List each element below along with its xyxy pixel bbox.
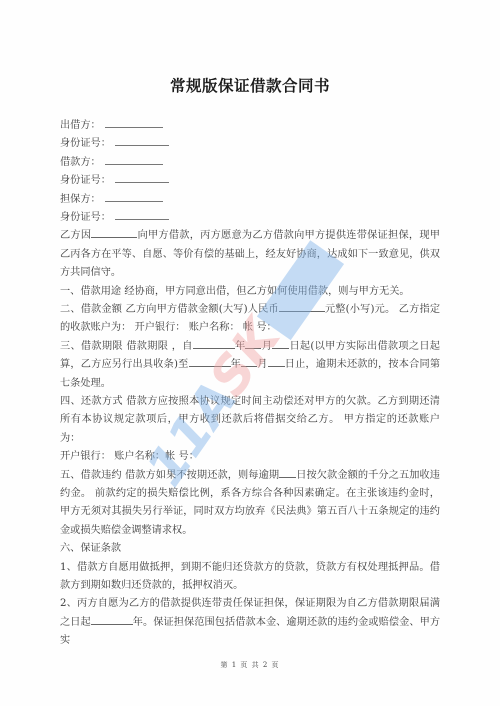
lender-id-blank[interactable] [115, 135, 169, 146]
clause-6-1: 1、借款方自愿用做抵押，到期不能归还贷款方的贷款，贷款方有权处理抵押品。借款方到… [60, 559, 440, 596]
clause-6-title: 六、保证条款 [60, 540, 440, 558]
document-title: 常规版保证借款合同书 [0, 74, 500, 96]
guarantee-years-blank[interactable] [91, 614, 133, 625]
field-label: 出借方： [60, 120, 101, 131]
field-lender-id: 身份证号： [60, 135, 440, 153]
field-lender: 出借方： [60, 117, 440, 135]
borrower-blank[interactable] [105, 154, 163, 165]
field-label: 身份证号： [60, 212, 111, 223]
start-day-blank[interactable] [272, 338, 289, 349]
clause-4-account: 开户银行： 账户名称：帐 号： [60, 448, 440, 466]
end-month-blank[interactable] [241, 356, 257, 367]
field-label: 担保方： [60, 194, 101, 205]
clause-5: 五、借款违约 借款方如果不按期还款，则每逾期日按欠款金额的千分之五加收违约金。 … [60, 467, 440, 541]
amount-blank[interactable] [279, 301, 325, 312]
lender-blank[interactable] [105, 117, 163, 128]
clause-3: 三、借款期限 借款期限 ，自年月日起(以甲方实际出借款项之日起算，乙方应另行出具… [60, 338, 440, 393]
page-number: 第 1 页 共 2 页 [0, 660, 500, 670]
field-label: 借款方： [60, 157, 101, 168]
guarantor-id-blank[interactable] [115, 209, 169, 220]
field-label: 身份证号： [60, 138, 111, 149]
guarantor-blank[interactable] [105, 191, 163, 202]
borrower-id-blank[interactable] [115, 172, 169, 183]
document-page: 常规版保证借款合同书 出借方： 身份证号： 借款方： 身份证号： 担保方： 身份… [0, 0, 500, 706]
clause-5-text: 五、借款违约 借款方如果不按期还款，则每逾期 [60, 470, 279, 481]
clause-6-2: 2、丙方自愿为乙方的借款提供连带责任保证担保，保证期限为自乙方借款期限届满之日起… [60, 595, 440, 650]
start-year-blank[interactable] [193, 338, 235, 349]
intro-text: 乙方因 [60, 230, 91, 241]
month-label: 月 [257, 359, 268, 370]
start-month-blank[interactable] [245, 338, 261, 349]
field-guarantor-id: 身份证号： [60, 209, 440, 227]
clause-2: 二、借款金额 乙方向甲方借款金额(大写)人民币元整(小写)元。 乙方指定的收款账… [60, 301, 440, 338]
clause-1: 一、借款用途 经协商，甲方同意出借，但乙方如何使用借款，则与甲方无关。 [60, 283, 440, 301]
intro-paragraph: 乙方因向甲方借款，丙方愿意为乙方借款向甲方提供连带保证担保，现甲乙丙各方在平等、… [60, 227, 440, 282]
overdue-days-blank[interactable] [279, 467, 296, 478]
field-borrower-id: 身份证号： [60, 172, 440, 190]
month-label: 月 [261, 341, 272, 352]
clause-3-text: 三、借款期限 借款期限 ，自 [60, 341, 193, 352]
reason-blank[interactable] [91, 227, 137, 238]
field-borrower: 借款方： [60, 154, 440, 172]
document-body: 出借方： 身份证号： 借款方： 身份证号： 担保方： 身份证号： 乙方因向甲方借… [60, 117, 440, 651]
clause-4: 四、还款方式 借款方应按照本协议规定时间主动偿还对甲方的欠款。乙方到期还清所有本… [60, 393, 440, 448]
field-guarantor: 担保方： [60, 191, 440, 209]
end-year-blank[interactable] [189, 356, 231, 367]
year-label: 年 [231, 359, 242, 370]
clause-2-text: 二、借款金额 乙方向甲方借款金额(大写)人民币 [60, 304, 279, 315]
end-day-blank[interactable] [268, 356, 285, 367]
year-label: 年 [235, 341, 246, 352]
field-label: 身份证号： [60, 175, 111, 186]
